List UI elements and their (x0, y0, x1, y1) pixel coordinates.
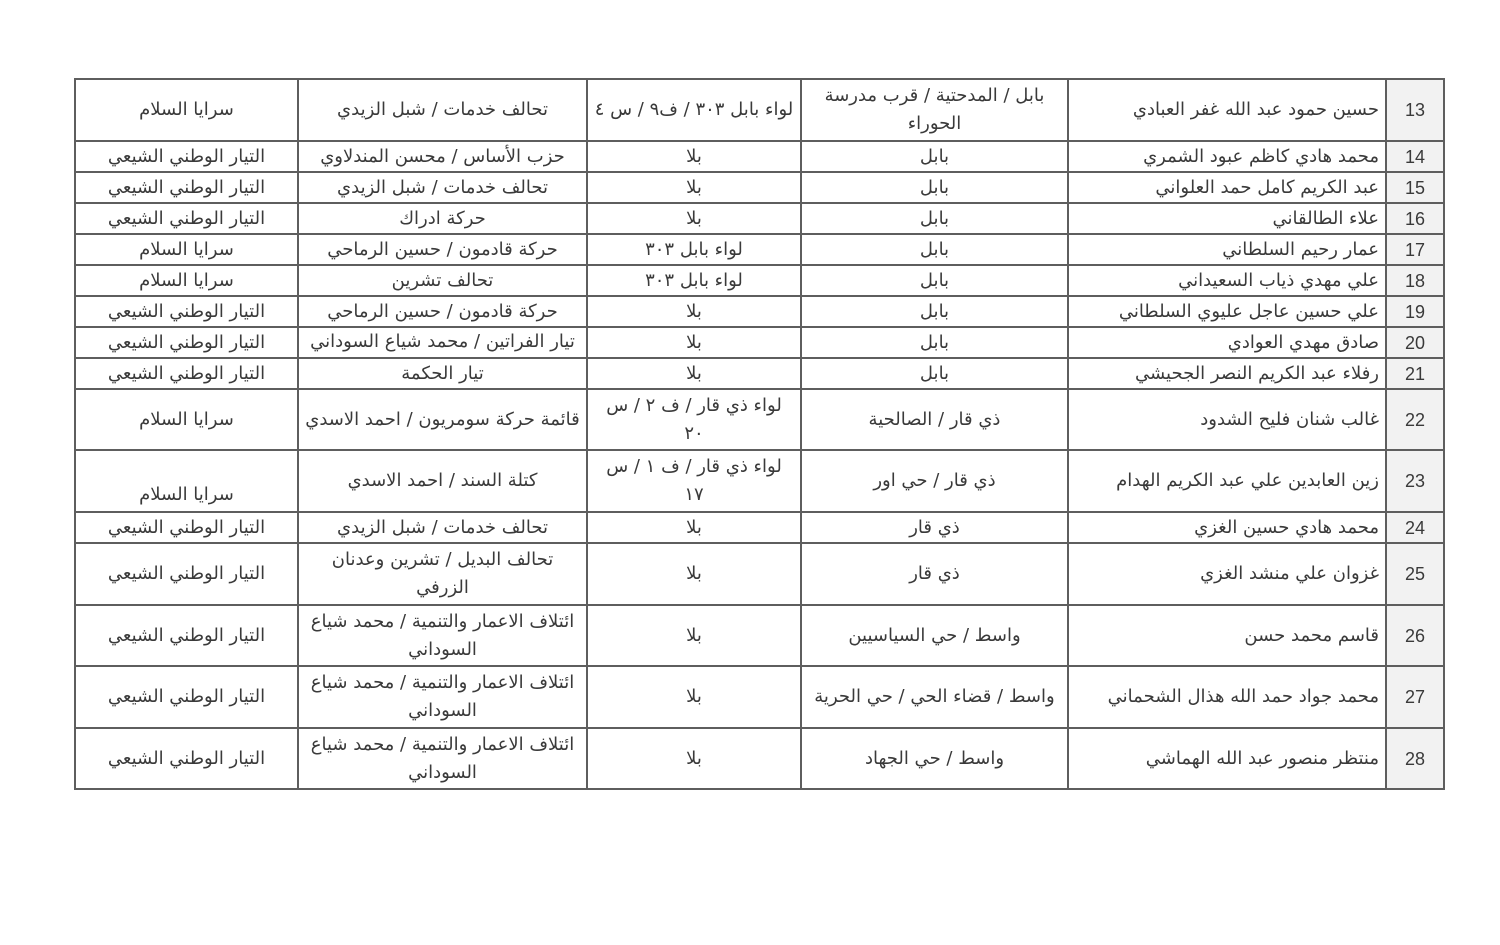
name-cell: غالب شنان فليح الشدود (1068, 389, 1386, 450)
row-number: 22 (1386, 389, 1444, 450)
name-cell: محمد هادي كاظم عبود الشمري (1068, 141, 1386, 172)
table-row: التيار الوطني الشيعي تحالف خدمات / شبل ا… (75, 512, 1444, 543)
name-cell: محمد جواد حمد الله هذال الشحماني (1068, 666, 1386, 728)
clipped-coalition-text: تيار الفراتين / محمد شياع السوداني (305, 329, 580, 357)
name-cell: غزوان علي منشد الغزي (1068, 543, 1386, 605)
name-cell: عبد الكريم كامل حمد العلواني (1068, 172, 1386, 203)
location-cell: بابل (801, 358, 1068, 389)
name-cell: صادق مهدي العوادي (1068, 327, 1386, 358)
militia-cell: لواء ذي قار / ف ٢ / س ٢٠ (587, 389, 801, 450)
row-number: 17 (1386, 234, 1444, 265)
coalition-cell: تيار الفراتين / محمد شياع السوداني (298, 327, 587, 358)
row-number: 26 (1386, 605, 1444, 666)
affiliation-cell: التيار الوطني الشيعي (75, 358, 298, 389)
location-cell: ذي قار / الصالحية (801, 389, 1068, 450)
name-cell: علاء الطالقاني (1068, 203, 1386, 234)
affiliation-cell: سرايا السلام (75, 234, 298, 265)
roster-table: سرايا السلام تحالف خدمات / شبل الزيدي لو… (74, 78, 1445, 790)
table-row: سرايا السلام قائمة حركة سومريون / احمد ا… (75, 389, 1444, 450)
location-cell: بابل (801, 203, 1068, 234)
location-cell: ذي قار / حي اور (801, 450, 1068, 512)
coalition-cell: حركة قادمون / حسين الرماحي (298, 296, 587, 327)
coalition-cell: حركة قادمون / حسين الرماحي (298, 234, 587, 265)
coalition-cell: ائتلاف الاعمار والتنمية / محمد شياع السو… (298, 728, 587, 789)
militia-cell: بلا (587, 141, 801, 172)
affiliation-cell: سرايا السلام (75, 450, 298, 512)
name-cell: زين العابدين علي عبد الكريم الهدام (1068, 450, 1386, 512)
name-cell: عمار رحيم السلطاني (1068, 234, 1386, 265)
row-number: 19 (1386, 296, 1444, 327)
coalition-cell: ائتلاف الاعمار والتنمية / محمد شياع السو… (298, 605, 587, 666)
location-cell: بابل (801, 265, 1068, 296)
table-row: سرايا السلام تحالف خدمات / شبل الزيدي لو… (75, 79, 1444, 141)
affiliation-cell: التيار الوطني الشيعي (75, 296, 298, 327)
location-cell: واسط / قضاء الحي / حي الحرية (801, 666, 1068, 728)
militia-cell: بلا (587, 327, 801, 358)
row-number: 23 (1386, 450, 1444, 512)
row-number: 16 (1386, 203, 1444, 234)
name-cell: رفلاء عبد الكريم النصر الجحيشي (1068, 358, 1386, 389)
row-number: 21 (1386, 358, 1444, 389)
location-cell: بابل (801, 296, 1068, 327)
name-cell: محمد هادي حسين الغزي (1068, 512, 1386, 543)
affiliation-cell: التيار الوطني الشيعي (75, 203, 298, 234)
row-number: 18 (1386, 265, 1444, 296)
militia-cell: بلا (587, 728, 801, 789)
table-row: التيار الوطني الشيعي حزب الأساس / محسن ا… (75, 141, 1444, 172)
coalition-cell: حركة ادراك (298, 203, 587, 234)
location-cell: ذي قار (801, 512, 1068, 543)
location-cell: واسط / حي السياسيين (801, 605, 1068, 666)
coalition-cell: تحالف خدمات / شبل الزيدي (298, 172, 587, 203)
name-cell: قاسم محمد حسن (1068, 605, 1386, 666)
affiliation-cell: التيار الوطني الشيعي (75, 728, 298, 789)
location-cell: واسط / حي الجهاد (801, 728, 1068, 789)
table-row: التيار الوطني الشيعي ائتلاف الاعمار والت… (75, 728, 1444, 789)
militia-cell: بلا (587, 172, 801, 203)
affiliation-cell: التيار الوطني الشيعي (75, 666, 298, 728)
militia-cell: بلا (587, 605, 801, 666)
name-cell: منتظر منصور عبد الله الهماشي (1068, 728, 1386, 789)
row-number: 25 (1386, 543, 1444, 605)
location-cell: بابل (801, 327, 1068, 358)
militia-cell: بلا (587, 203, 801, 234)
table-row: التيار الوطني الشيعي تيار الحكمة بلا باب… (75, 358, 1444, 389)
militia-cell: بلا (587, 543, 801, 605)
row-number: 13 (1386, 79, 1444, 141)
coalition-cell: تيار الحكمة (298, 358, 587, 389)
table-row: التيار الوطني الشيعي ائتلاف الاعمار والت… (75, 605, 1444, 666)
location-cell: بابل (801, 234, 1068, 265)
name-cell: علي مهدي ذياب السعيداني (1068, 265, 1386, 296)
row-number: 28 (1386, 728, 1444, 789)
affiliation-cell: سرايا السلام (75, 389, 298, 450)
location-cell: ذي قار (801, 543, 1068, 605)
militia-cell: بلا (587, 358, 801, 389)
affiliation-cell: التيار الوطني الشيعي (75, 605, 298, 666)
militia-cell: بلا (587, 512, 801, 543)
militia-cell: لواء بابل ٣٠٣ / ف٩ / س ٤ (587, 79, 801, 141)
location-cell: بابل / المدحتية / قرب مدرسة الحوراء (801, 79, 1068, 141)
table-row: سرايا السلام كتلة السند / احمد الاسدي لو… (75, 450, 1444, 512)
coalition-cell: تحالف البديل / تشرين وعدنان الزرفي (298, 543, 587, 605)
table-row: التيار الوطني الشيعي حركة قادمون / حسين … (75, 296, 1444, 327)
affiliation-cell: التيار الوطني الشيعي (75, 327, 298, 358)
militia-cell: لواء ذي قار / ف ١ / س ١٧ (587, 450, 801, 512)
affiliation-cell: سرايا السلام (75, 79, 298, 141)
affiliation-cell: التيار الوطني الشيعي (75, 172, 298, 203)
row-number: 20 (1386, 327, 1444, 358)
row-number: 14 (1386, 141, 1444, 172)
coalition-cell: تحالف تشرين (298, 265, 587, 296)
coalition-cell: كتلة السند / احمد الاسدي (298, 450, 587, 512)
row-number: 24 (1386, 512, 1444, 543)
location-cell: بابل (801, 141, 1068, 172)
table-row: التيار الوطني الشيعي حركة ادراك بلا بابل… (75, 203, 1444, 234)
militia-cell: بلا (587, 666, 801, 728)
table-row: سرايا السلام تحالف تشرين لواء بابل ٣٠٣ ب… (75, 265, 1444, 296)
name-cell: علي حسين عاجل عليوي السلطاني (1068, 296, 1386, 327)
militia-cell: لواء بابل ٣٠٣ (587, 265, 801, 296)
table-row: التيار الوطني الشيعي تيار الفراتين / محم… (75, 327, 1444, 358)
coalition-cell: حزب الأساس / محسن المندلاوي (298, 141, 587, 172)
coalition-cell: تحالف خدمات / شبل الزيدي (298, 512, 587, 543)
row-number: 15 (1386, 172, 1444, 203)
name-cell: حسين حمود عبد الله غفر العبادي (1068, 79, 1386, 141)
affiliation-cell: التيار الوطني الشيعي (75, 512, 298, 543)
table-row: سرايا السلام حركة قادمون / حسين الرماحي … (75, 234, 1444, 265)
militia-cell: لواء بابل ٣٠٣ (587, 234, 801, 265)
affiliation-cell: التيار الوطني الشيعي (75, 543, 298, 605)
row-number: 27 (1386, 666, 1444, 728)
affiliation-cell: التيار الوطني الشيعي (75, 141, 298, 172)
coalition-cell: تحالف خدمات / شبل الزيدي (298, 79, 587, 141)
affiliation-cell: سرايا السلام (75, 265, 298, 296)
coalition-cell: ائتلاف الاعمار والتنمية / محمد شياع السو… (298, 666, 587, 728)
location-cell: بابل (801, 172, 1068, 203)
document-page: سرايا السلام تحالف خدمات / شبل الزيدي لو… (0, 0, 1500, 945)
table-row: التيار الوطني الشيعي ائتلاف الاعمار والت… (75, 666, 1444, 728)
coalition-cell: قائمة حركة سومريون / احمد الاسدي (298, 389, 587, 450)
table-row: التيار الوطني الشيعي تحالف البديل / تشري… (75, 543, 1444, 605)
table-row: التيار الوطني الشيعي تحالف خدمات / شبل ا… (75, 172, 1444, 203)
militia-cell: بلا (587, 296, 801, 327)
